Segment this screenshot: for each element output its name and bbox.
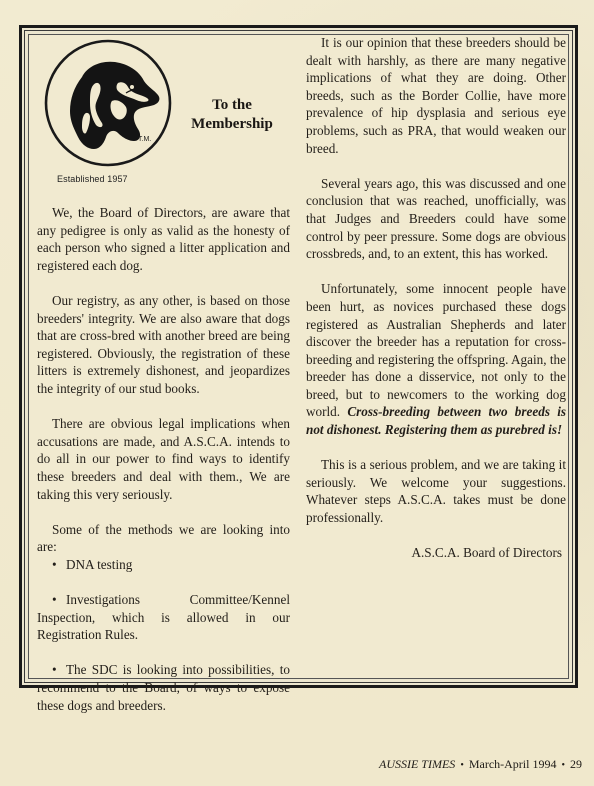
trademark-label: T.M. [138, 136, 151, 143]
bullet-text: Investigations Committee/Kennel Inspecti… [37, 592, 290, 642]
bullet-text: DNA testing [66, 557, 132, 572]
bullet-item: •DNA testing [37, 556, 290, 574]
page-footer: AUSSIE TIMES•March-April 1994•29 [379, 757, 582, 772]
asca-logo-australian-shepherd-head-icon: T.M. [42, 37, 174, 169]
bullet-item: •Investigations Committee/Kennel Inspect… [37, 591, 290, 644]
paragraph: Several years ago, this was discussed an… [306, 175, 566, 263]
bullet-text: The SDC is looking into possibilities, t… [37, 662, 290, 712]
publication-name: AUSSIE TIMES [379, 757, 455, 771]
paragraph: It is our opinion that these breeders sh… [306, 34, 566, 157]
issue-date: March-April 1994 [469, 757, 557, 771]
left-column: We, the Board of Directors, are aware th… [37, 204, 290, 732]
page-number: 29 [570, 757, 582, 771]
title-line-1: To the [182, 96, 282, 115]
bullet-item: •The SDC is looking into possibilities, … [37, 661, 290, 714]
bullet-icon: • [52, 661, 66, 679]
signature: A.S.C.A. Board of Directors [306, 544, 566, 562]
paragraph: There are obvious legal implications whe… [37, 415, 290, 503]
article-title: To the Membership [182, 96, 282, 134]
paragraph: Unfortunately, some innocent people have… [306, 280, 566, 438]
established-caption: Established 1957 [57, 174, 128, 184]
bullet-icon: • [52, 591, 66, 609]
paragraph: This is a serious problem, and we are ta… [306, 456, 566, 526]
paragraph: We, the Board of Directors, are aware th… [37, 204, 290, 274]
paragraph-text: Unfortunately, some innocent people have… [306, 281, 566, 419]
paragraph: Our registry, as any other, is based on … [37, 292, 290, 398]
separator-icon: • [561, 760, 565, 771]
right-column: It is our opinion that these breeders sh… [306, 34, 566, 579]
separator-icon: • [460, 760, 464, 771]
title-line-2: Membership [182, 115, 282, 134]
emphasis-statement: Cross-breeding between two breeds is not… [306, 404, 566, 437]
paragraph: Some of the methods we are looking into … [37, 521, 290, 556]
bullet-icon: • [52, 556, 66, 574]
